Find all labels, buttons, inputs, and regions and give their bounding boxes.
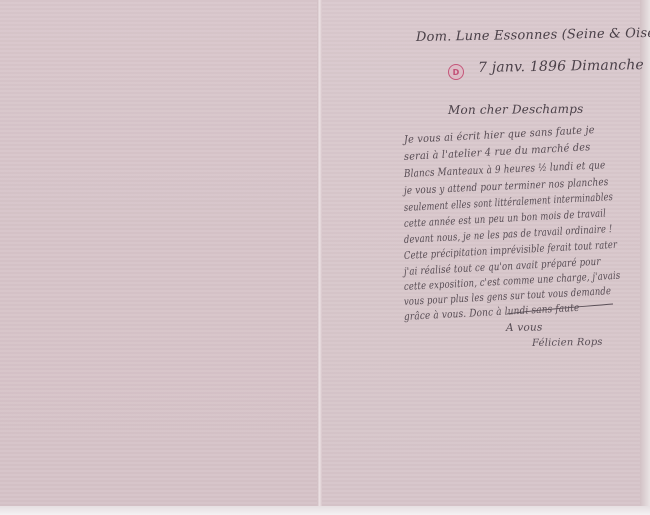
left-leaf-blank: [0, 0, 318, 508]
collection-stamp-icon: D: [448, 64, 464, 80]
signature: Félicien Rops: [532, 337, 603, 349]
paper-bottom-edge: [0, 506, 650, 515]
stamp-letter: D: [453, 68, 460, 77]
paper-right-edge: [640, 0, 650, 508]
date-line: 7 janv. 1896 Dimanche: [478, 57, 644, 76]
signature-flourish: [505, 302, 615, 316]
closing: A vous: [506, 321, 543, 334]
salutation: Mon cher Deschamps: [448, 102, 584, 117]
